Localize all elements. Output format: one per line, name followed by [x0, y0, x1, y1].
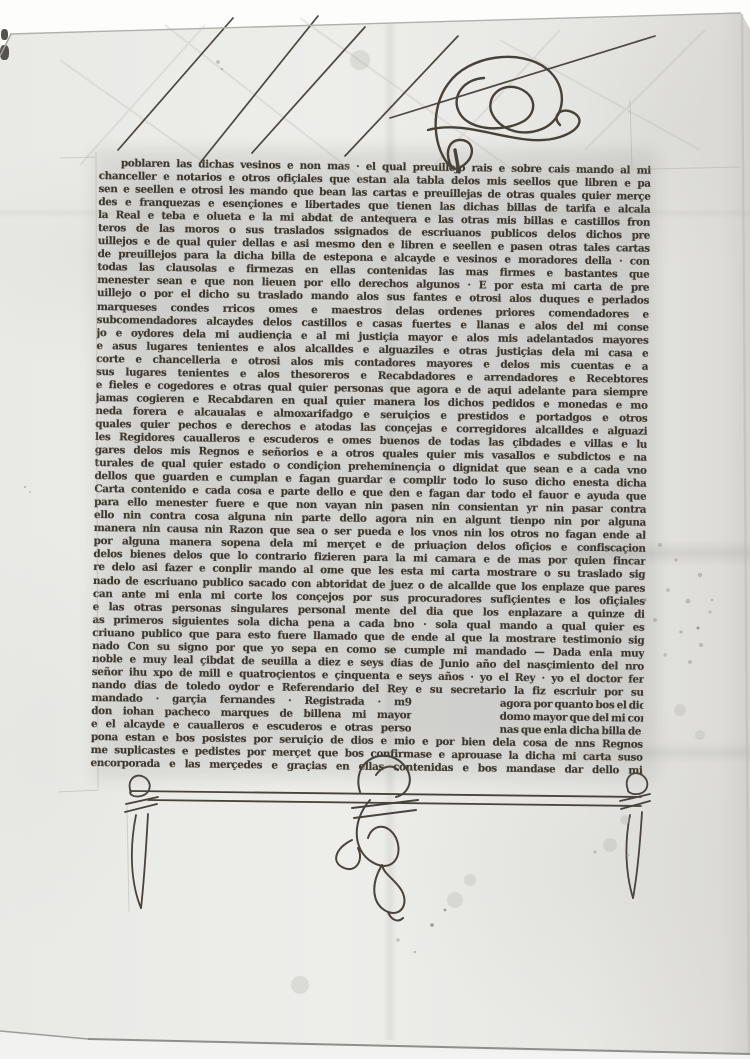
scan-background: poblaren las dichas vesinos e non mas · …	[0, 0, 750, 1059]
manuscript-text-block: poblaren las dichas vesinos e non mas · …	[90, 157, 651, 779]
scan-edge-artifact	[1, 29, 8, 40]
scan-edge-artifact	[0, 45, 9, 60]
